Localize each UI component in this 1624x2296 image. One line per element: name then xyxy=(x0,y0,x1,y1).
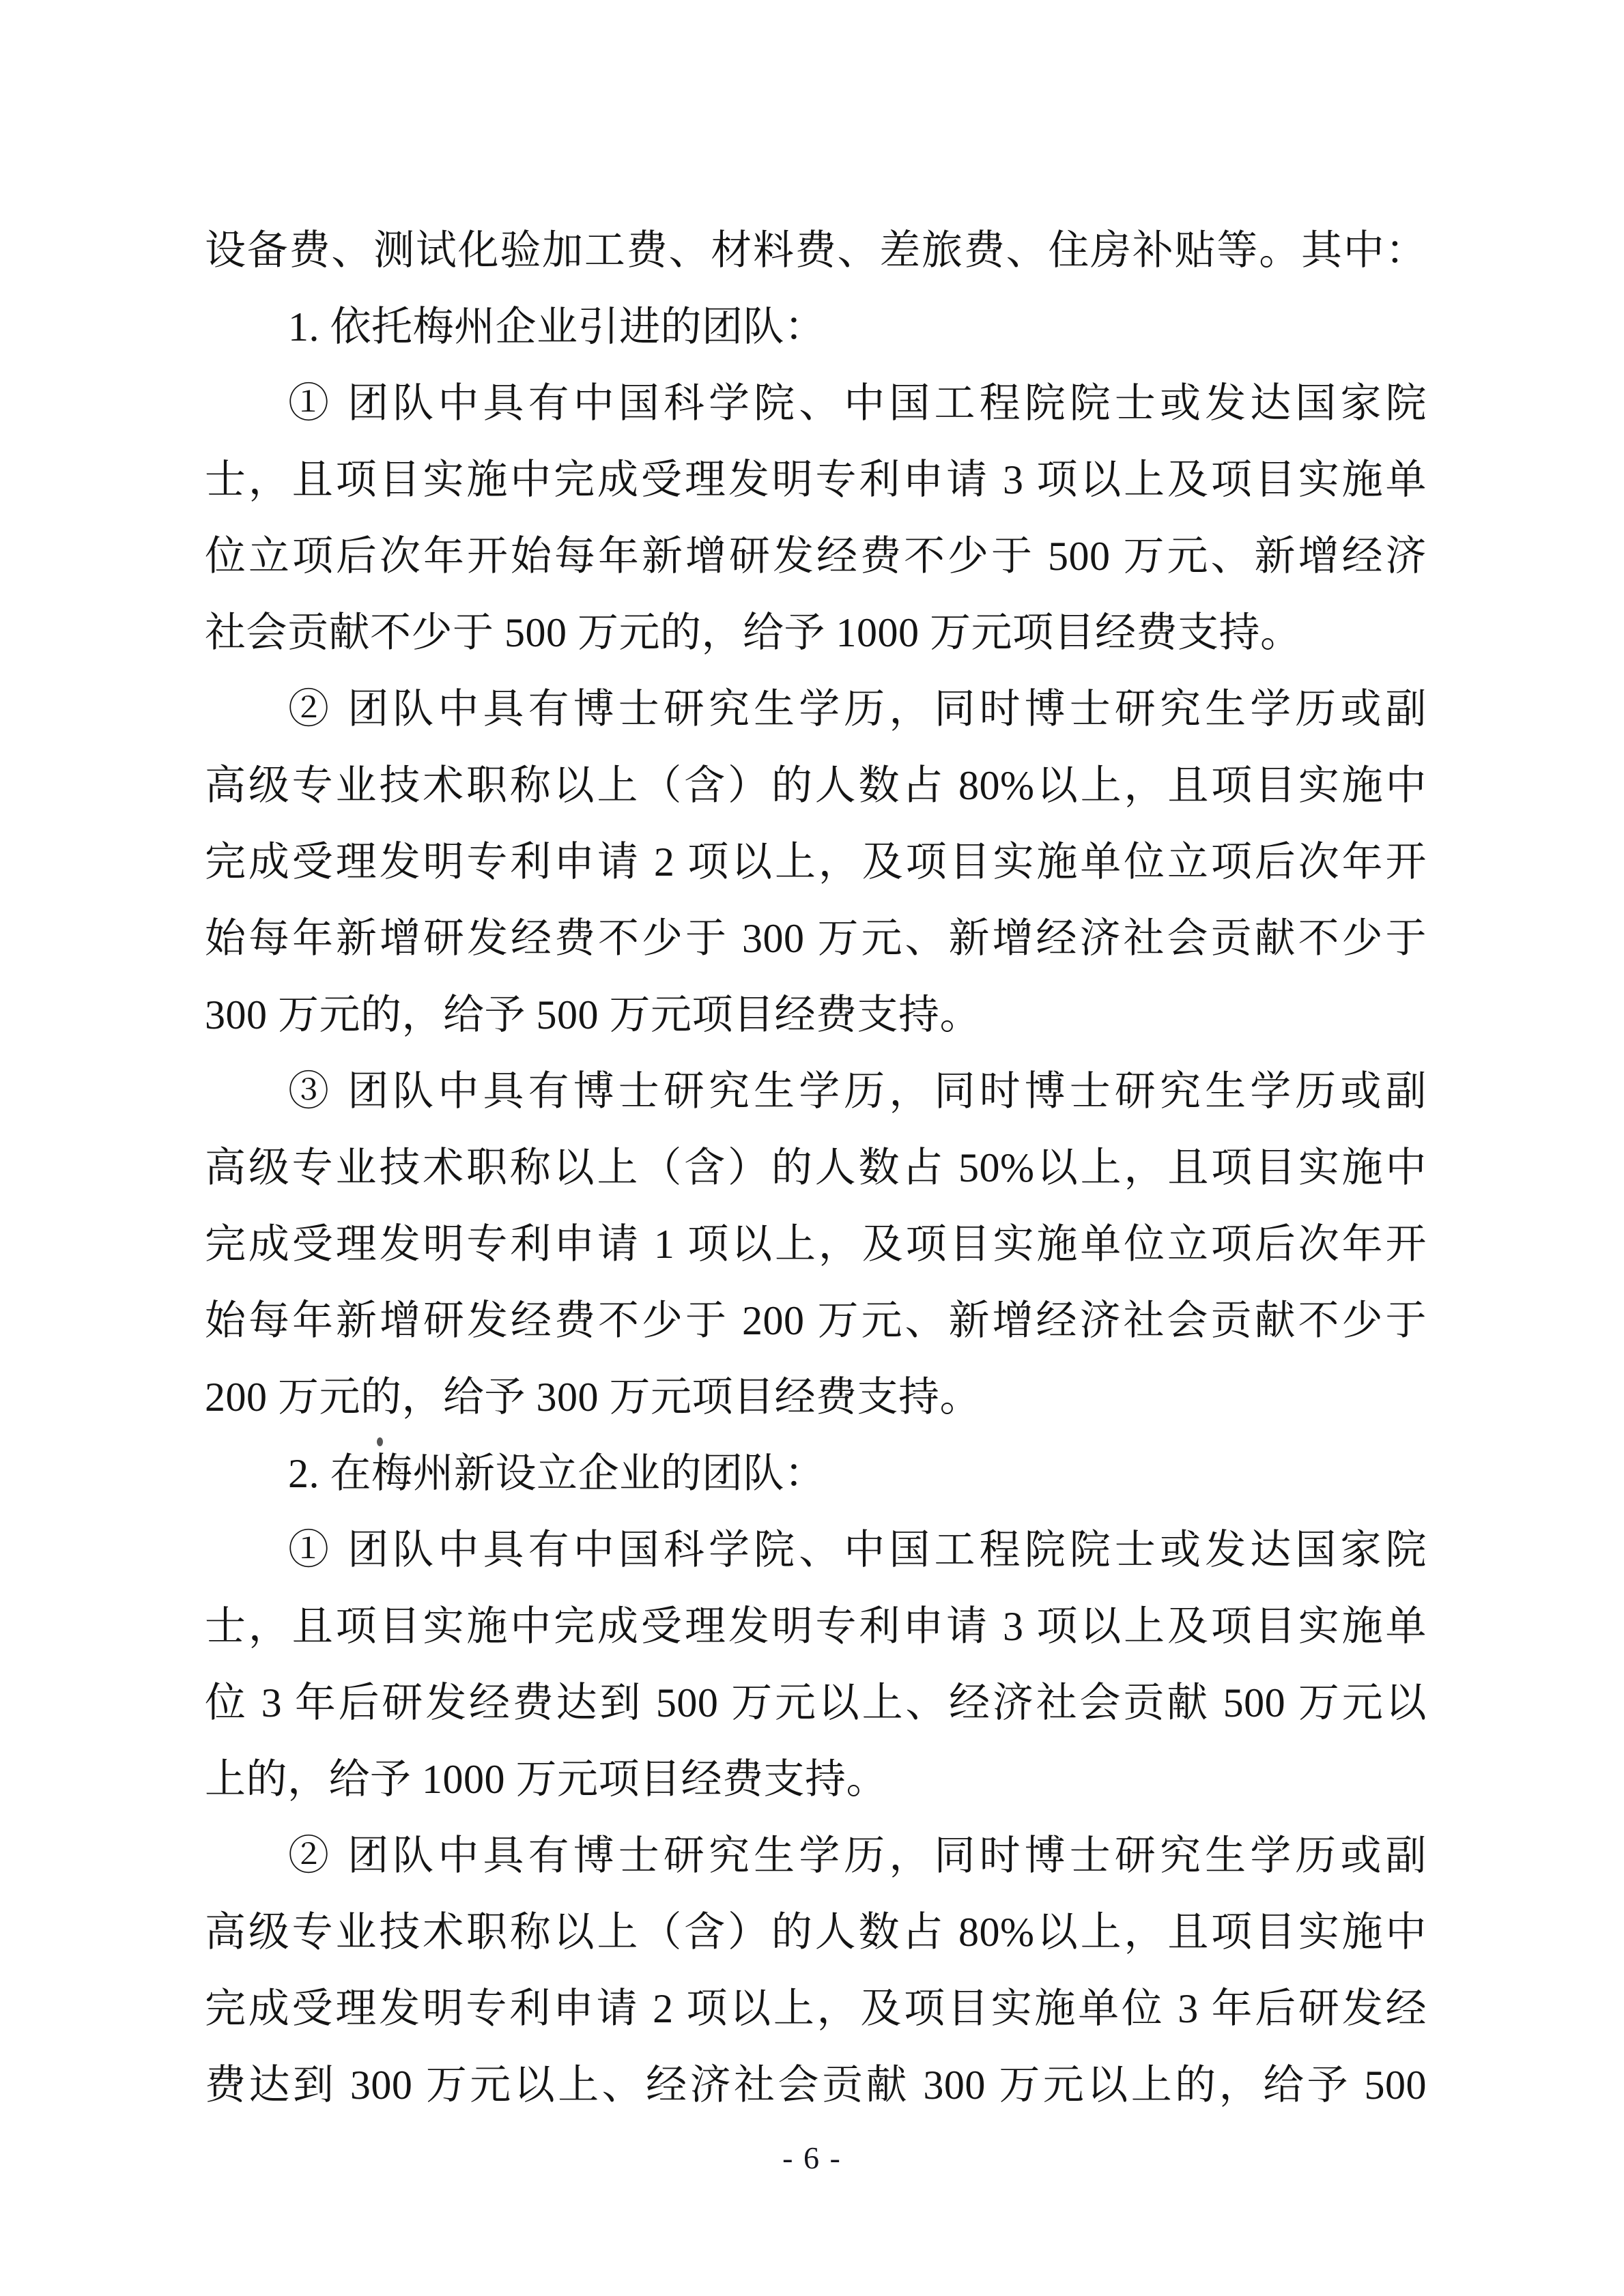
scan-artifact-dot xyxy=(377,1437,383,1446)
text-line: 2. 在梅州新设立企业的团队： xyxy=(205,1435,1427,1512)
text-line: 高级专业技术职称以上（含）的人数占 50%以上，且项目实施中 xyxy=(205,1130,1427,1206)
text-line: 200 万元的，给予 300 万元项目经费支持。 xyxy=(205,1359,1427,1435)
text-line: 费达到 300 万元以上、经济社会贡献 300 万元以上的，给予 500 xyxy=(205,2047,1427,2123)
page-number: - 6 - xyxy=(0,2139,1624,2177)
text-line: 士，且项目实施中完成受理发明专利申请 3 项以上及项目实施单 xyxy=(205,442,1427,518)
text-line: 高级专业技术职称以上（含）的人数占 80%以上，且项目实施中 xyxy=(205,1894,1427,1970)
text-line: 高级专业技术职称以上（含）的人数占 80%以上，且项目实施中 xyxy=(205,747,1427,824)
text-line: ③ 团队中具有博士研究生学历，同时博士研究生学历或副 xyxy=(205,1053,1427,1130)
text-line: 完成受理发明专利申请 2 项以上，及项目实施单位 3 年后研发经 xyxy=(205,1970,1427,2047)
document-body: 设备费、测试化验加工费、材料费、差旅费、住房补贴等。其中：1. 依托梅州企业引进… xyxy=(205,212,1427,2123)
text-line: 始每年新增研发经费不少于 200 万元、新增经济社会贡献不少于 xyxy=(205,1282,1427,1359)
text-line: ② 团队中具有博士研究生学历，同时博士研究生学历或副 xyxy=(205,1818,1427,1894)
text-line: 设备费、测试化验加工费、材料费、差旅费、住房补贴等。其中： xyxy=(205,212,1427,289)
text-line: ② 团队中具有博士研究生学历，同时博士研究生学历或副 xyxy=(205,671,1427,747)
text-line: 士，且项目实施中完成受理发明专利申请 3 项以上及项目实施单 xyxy=(205,1588,1427,1665)
document-page: 设备费、测试化验加工费、材料费、差旅费、住房补贴等。其中：1. 依托梅州企业引进… xyxy=(0,0,1624,2296)
text-line: 300 万元的，给予 500 万元项目经费支持。 xyxy=(205,977,1427,1053)
text-line: 位 3 年后研发经费达到 500 万元以上、经济社会贡献 500 万元以 xyxy=(205,1665,1427,1741)
text-line: 位立项后次年开始每年新增研发经费不少于 500 万元、新增经济 xyxy=(205,518,1427,594)
text-line: 1. 依托梅州企业引进的团队： xyxy=(205,289,1427,365)
text-line: ① 团队中具有中国科学院、中国工程院院士或发达国家院 xyxy=(205,365,1427,442)
text-line: 社会贡献不少于 500 万元的，给予 1000 万元项目经费支持。 xyxy=(205,594,1427,671)
text-line: 上的，给予 1000 万元项目经费支持。 xyxy=(205,1741,1427,1818)
text-line: 完成受理发明专利申请 1 项以上，及项目实施单位立项后次年开 xyxy=(205,1206,1427,1282)
text-line: ① 团队中具有中国科学院、中国工程院院士或发达国家院 xyxy=(205,1512,1427,1588)
text-line: 完成受理发明专利申请 2 项以上，及项目实施单位立项后次年开 xyxy=(205,824,1427,900)
text-line: 始每年新增研发经费不少于 300 万元、新增经济社会贡献不少于 xyxy=(205,900,1427,977)
